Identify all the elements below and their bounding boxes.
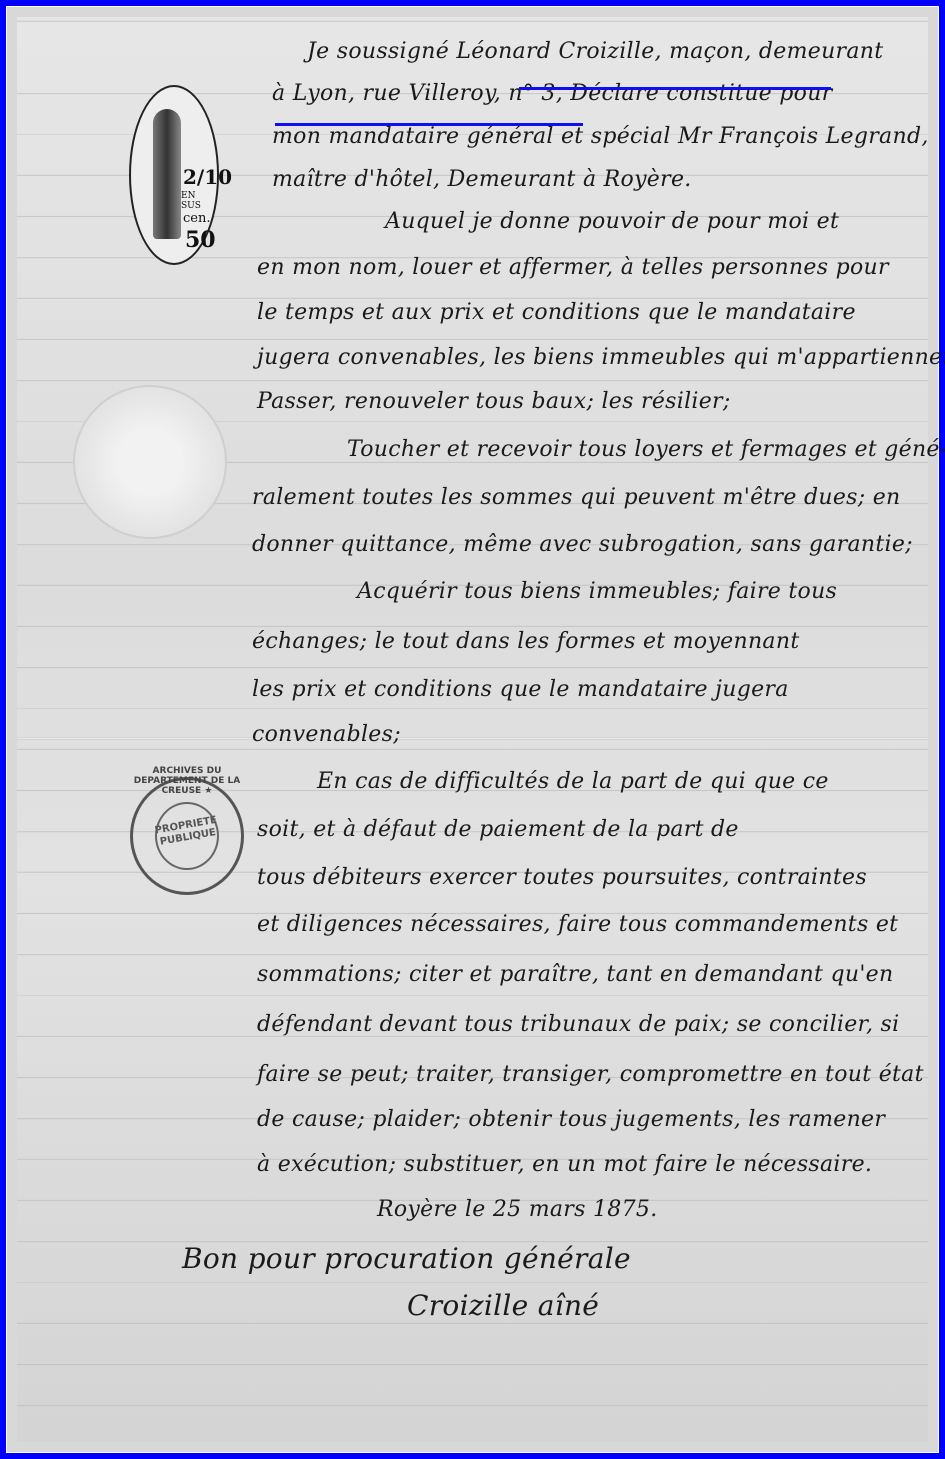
text-line: et diligences nécessaires, faire tous co… bbox=[257, 912, 898, 937]
highlight-underline-name bbox=[519, 87, 831, 90]
text-line: Acquérir tous biens immeubles; faire tou… bbox=[357, 579, 837, 604]
text-line: de cause; plaider; obtenir tous jugement… bbox=[257, 1107, 885, 1132]
highlight-underline-address bbox=[275, 123, 583, 126]
text-line: jugera convenables, les biens immeubles … bbox=[257, 345, 945, 370]
date-line: Royère le 25 mars 1875. bbox=[377, 1197, 657, 1222]
text-line: sommations; citer et paraître, tant en d… bbox=[257, 962, 893, 987]
signature: Croizille aîné bbox=[407, 1289, 599, 1322]
closing-line: Bon pour procuration générale bbox=[182, 1242, 631, 1275]
text-line: Auquel je donne pouvoir de pour moi et bbox=[385, 209, 839, 234]
text-line: Toucher et recevoir tous loyers et ferma… bbox=[347, 437, 945, 462]
text-line: soit, et à défaut de paiement de la part… bbox=[257, 817, 739, 842]
timbre-value-bottom: 50 bbox=[185, 227, 216, 253]
text-line: à Lyon, rue Villeroy, n° 3, Déclare cons… bbox=[272, 81, 833, 106]
text-line: le temps et aux prix et conditions que l… bbox=[257, 300, 856, 325]
archive-ring-text: ARCHIVES DU DEPARTEMENT DE LA CREUSE ★ bbox=[129, 766, 245, 796]
timbre-en-sus: EN SUS bbox=[181, 191, 217, 211]
text-line: En cas de difficultés de la part de qui … bbox=[317, 769, 829, 794]
text-line: Passer, renouveler tous baux; les résili… bbox=[257, 389, 731, 414]
embossed-seal bbox=[73, 385, 227, 539]
text-line: en mon nom, louer et affermer, à telles … bbox=[257, 255, 889, 280]
text-line: mon mandataire général et spécial Mr Fra… bbox=[272, 124, 929, 149]
text-line: tous débiteurs exercer toutes poursuites… bbox=[257, 865, 867, 890]
timbre-value-top: 2/10 bbox=[183, 165, 232, 189]
text-line: à exécution; substituer, en un mot faire… bbox=[257, 1152, 872, 1177]
text-line: donner quittance, même avec subrogation,… bbox=[252, 532, 913, 557]
archive-stamp: ARCHIVES DU DEPARTEMENT DE LA CREUSE ★ P… bbox=[130, 777, 244, 895]
text-line: convenables; bbox=[252, 722, 401, 747]
image-frame: TIMBRE 2/10 EN SUS cen. 50 ARCHIVES DU D… bbox=[6, 6, 939, 1453]
text-line: Je soussigné Léonard Croizille, maçon, d… bbox=[307, 39, 883, 64]
timbre-fiscal-stamp: TIMBRE 2/10 EN SUS cen. 50 bbox=[129, 85, 219, 265]
text-line: les prix et conditions que le mandataire… bbox=[252, 677, 789, 702]
text-line: maître d'hôtel, Demeurant à Royère. bbox=[272, 167, 692, 192]
page-fold bbox=[17, 737, 928, 740]
text-line: faire se peut; traiter, transiger, compr… bbox=[257, 1062, 924, 1087]
text-line: échanges; le tout dans les formes et moy… bbox=[252, 629, 799, 654]
text-line: ralement toutes les sommes qui peuvent m… bbox=[252, 485, 901, 510]
text-line: défendant devant tous tribunaux de paix;… bbox=[257, 1012, 899, 1037]
manuscript-page: TIMBRE 2/10 EN SUS cen. 50 ARCHIVES DU D… bbox=[17, 17, 928, 1442]
justice-figure-icon bbox=[153, 109, 181, 239]
timbre-cent: cen. bbox=[183, 211, 210, 226]
